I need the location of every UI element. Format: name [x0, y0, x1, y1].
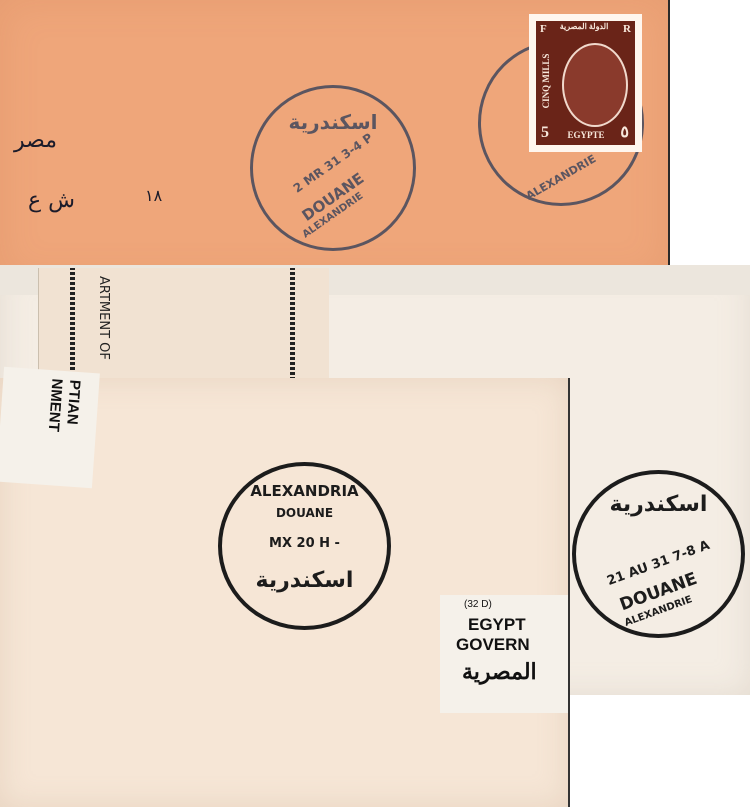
label-stripe — [290, 268, 295, 380]
label-line: NMENT — [45, 378, 66, 432]
postmark-line: ALEXANDRIA — [222, 482, 387, 500]
label-line: GOVERN — [456, 635, 530, 655]
stamp-country: EGYPTE — [558, 130, 614, 140]
stamp-corner: F — [540, 23, 547, 35]
label-line: EGYPT — [468, 615, 526, 635]
postage-stamp: F R الدولة المصرية CINQ MILLS 5 ٥ EGYPTE — [529, 14, 642, 152]
handwritten-address-line2: ش ع — [28, 188, 75, 213]
orange-cover-postmark: اسكندرية 2 MR 31 3-4 P DOUANE ALEXANDRIE — [250, 85, 416, 251]
stamp-arabic: الدولة المصرية — [554, 22, 614, 31]
white-paper-postmark: اسكندرية 21 AU 31 7-8 A DOUANE ALEXANDRI… — [572, 470, 745, 638]
handwritten-address-line1: مصر — [14, 128, 57, 153]
label-arabic: المصرية — [462, 659, 537, 685]
stamp-value: ٥ — [620, 122, 629, 142]
postmark-line: DOUANE — [222, 506, 387, 520]
postmark-date: MX 20 H - — [222, 536, 387, 551]
portrait-oval — [562, 43, 628, 127]
department-label-strip: ARTMENT OF — [38, 268, 329, 380]
stamp-corner: R — [623, 23, 631, 35]
stamp-value: 5 — [541, 124, 549, 142]
left-government-label: PTIAN NMENT — [0, 367, 100, 488]
label-number: (32 D) — [464, 599, 492, 610]
stamp-side-text: CINQ MILLS — [541, 51, 551, 111]
handwritten-address-line3: ١٨ — [145, 186, 162, 205]
department-label-text: ARTMENT OF — [96, 276, 111, 360]
right-government-label: (32 D) EGYPT GOVERN المصرية — [440, 595, 568, 713]
label-stripe — [70, 268, 75, 380]
postmark-arabic: اسكندرية — [576, 492, 741, 517]
label-line: PTIAN — [63, 379, 83, 425]
cream-cover-postmark: ALEXANDRIA DOUANE MX 20 H - اسكندرية — [218, 462, 391, 630]
postmark-arabic: اسكندرية — [222, 568, 387, 593]
